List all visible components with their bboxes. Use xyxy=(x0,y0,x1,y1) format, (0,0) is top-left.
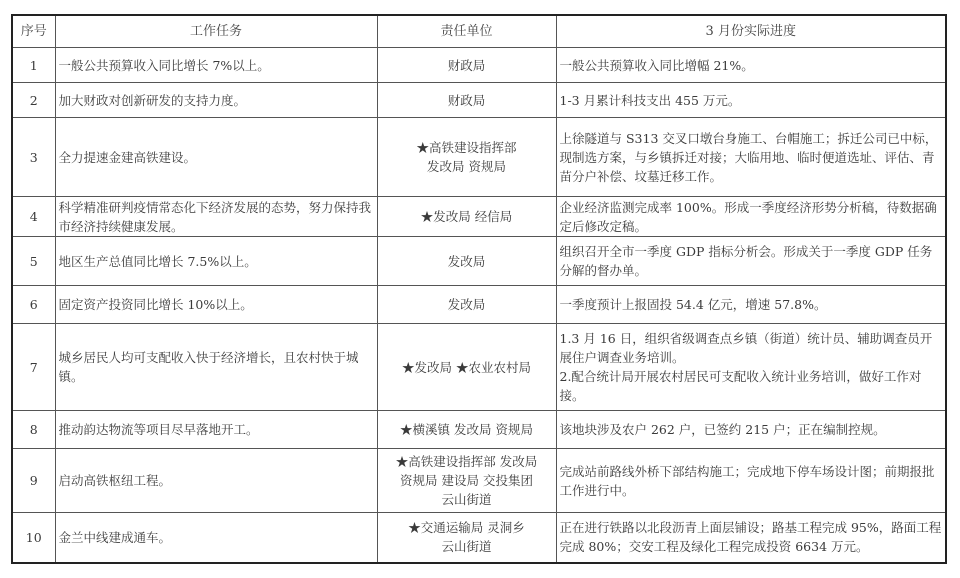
header-no: 序号 xyxy=(12,15,55,48)
header-row: 序号 工作任务 责任单位 3 月份实际进度 xyxy=(12,15,946,48)
row-unit: ★交通运输局 灵洞乡 云山街道 xyxy=(377,513,556,563)
row-unit: ★高铁建设指挥部 发改局 资规局 xyxy=(377,118,556,197)
table-row: 7 城乡居民人均可支配收入快于经济增长，且农村快于城镇。 ★发改局 ★农业农村局… xyxy=(12,324,946,411)
row-progress: 该地块涉及农户 262 户，已签约 215 户；正在编制控规。 xyxy=(556,411,946,449)
row-no: 5 xyxy=(12,237,55,286)
row-no: 9 xyxy=(12,449,55,513)
row-task: 启动高铁枢纽工程。 xyxy=(55,449,377,513)
table-row: 2 加大财政对创新研发的支持力度。 财政局 1-3 月累计科技支出 455 万元… xyxy=(12,83,946,118)
row-unit: ★发改局 ★农业农村局 xyxy=(377,324,556,411)
table-row: 1 一般公共预算收入同比增长 7%以上。 财政局 一般公共预算收入同比增幅 21… xyxy=(12,48,946,83)
row-unit: 财政局 xyxy=(377,83,556,118)
header-progress: 3 月份实际进度 xyxy=(556,15,946,48)
row-unit: ★高铁建设指挥部 发改局 资规局 建设局 交投集团 云山街道 xyxy=(377,449,556,513)
row-unit: 发改局 xyxy=(377,237,556,286)
table-row: 5 地区生产总值同比增长 7.5%以上。 发改局 组织召开全市一季度 GDP 指… xyxy=(12,237,946,286)
header-unit: 责任单位 xyxy=(377,15,556,48)
row-no: 6 xyxy=(12,286,55,324)
row-progress: 完成站前路线外桥下部结构施工；完成地下停车场设计图；前期报批工作进行中。 xyxy=(556,449,946,513)
row-task: 固定资产投资同比增长 10%以上。 xyxy=(55,286,377,324)
table-row: 4 科学精准研判疫情常态化下经济发展的态势，努力保持我市经济持续健康发展。 ★发… xyxy=(12,197,946,237)
row-unit: ★发改局 经信局 xyxy=(377,197,556,237)
row-progress: 上徐隧道与 S313 交叉口墩台身施工、台帽施工；拆迁公司已中标，现制选方案，与… xyxy=(556,118,946,197)
row-unit: 发改局 xyxy=(377,286,556,324)
row-no: 8 xyxy=(12,411,55,449)
row-unit: ★横溪镇 发改局 资规局 xyxy=(377,411,556,449)
progress-table: 序号 工作任务 责任单位 3 月份实际进度 1 一般公共预算收入同比增长 7%以… xyxy=(11,14,947,564)
row-no: 7 xyxy=(12,324,55,411)
row-no: 3 xyxy=(12,118,55,197)
row-task: 一般公共预算收入同比增长 7%以上。 xyxy=(55,48,377,83)
row-progress: 正在进行铁路以北段沥青上面层铺设；路基工程完成 95%，路面工程完成 80%；交… xyxy=(556,513,946,563)
row-progress: 企业经济监测完成率 100%。形成一季度经济形势分析稿，待数据确定后修改定稿。 xyxy=(556,197,946,237)
row-task: 推动韵达物流等项目尽早落地开工。 xyxy=(55,411,377,449)
table-row: 8 推动韵达物流等项目尽早落地开工。 ★横溪镇 发改局 资规局 该地块涉及农户 … xyxy=(12,411,946,449)
row-task: 全力提速金建高铁建设。 xyxy=(55,118,377,197)
row-no: 4 xyxy=(12,197,55,237)
row-task: 科学精准研判疫情常态化下经济发展的态势，努力保持我市经济持续健康发展。 xyxy=(55,197,377,237)
header-task: 工作任务 xyxy=(55,15,377,48)
table-row: 10 金兰中线建成通车。 ★交通运输局 灵洞乡 云山街道 正在进行铁路以北段沥青… xyxy=(12,513,946,563)
table-row: 3 全力提速金建高铁建设。 ★高铁建设指挥部 发改局 资规局 上徐隧道与 S31… xyxy=(12,118,946,197)
table-row: 9 启动高铁枢纽工程。 ★高铁建设指挥部 发改局 资规局 建设局 交投集团 云山… xyxy=(12,449,946,513)
row-task: 城乡居民人均可支配收入快于经济增长，且农村快于城镇。 xyxy=(55,324,377,411)
row-task: 地区生产总值同比增长 7.5%以上。 xyxy=(55,237,377,286)
row-task: 金兰中线建成通车。 xyxy=(55,513,377,563)
row-progress: 组织召开全市一季度 GDP 指标分析会。形成关于一季度 GDP 任务分解的督办单… xyxy=(556,237,946,286)
row-no: 2 xyxy=(12,83,55,118)
row-progress: 1.3 月 16 日，组织省级调查点乡镇（街道）统计员、辅助调查员开展住户调查业… xyxy=(556,324,946,411)
row-no: 10 xyxy=(12,513,55,563)
row-progress: 一般公共预算收入同比增幅 21%。 xyxy=(556,48,946,83)
row-progress: 一季度预计上报固投 54.4 亿元，增速 57.8%。 xyxy=(556,286,946,324)
table-row: 6 固定资产投资同比增长 10%以上。 发改局 一季度预计上报固投 54.4 亿… xyxy=(12,286,946,324)
row-unit: 财政局 xyxy=(377,48,556,83)
row-progress: 1-3 月累计科技支出 455 万元。 xyxy=(556,83,946,118)
row-task: 加大财政对创新研发的支持力度。 xyxy=(55,83,377,118)
row-no: 1 xyxy=(12,48,55,83)
